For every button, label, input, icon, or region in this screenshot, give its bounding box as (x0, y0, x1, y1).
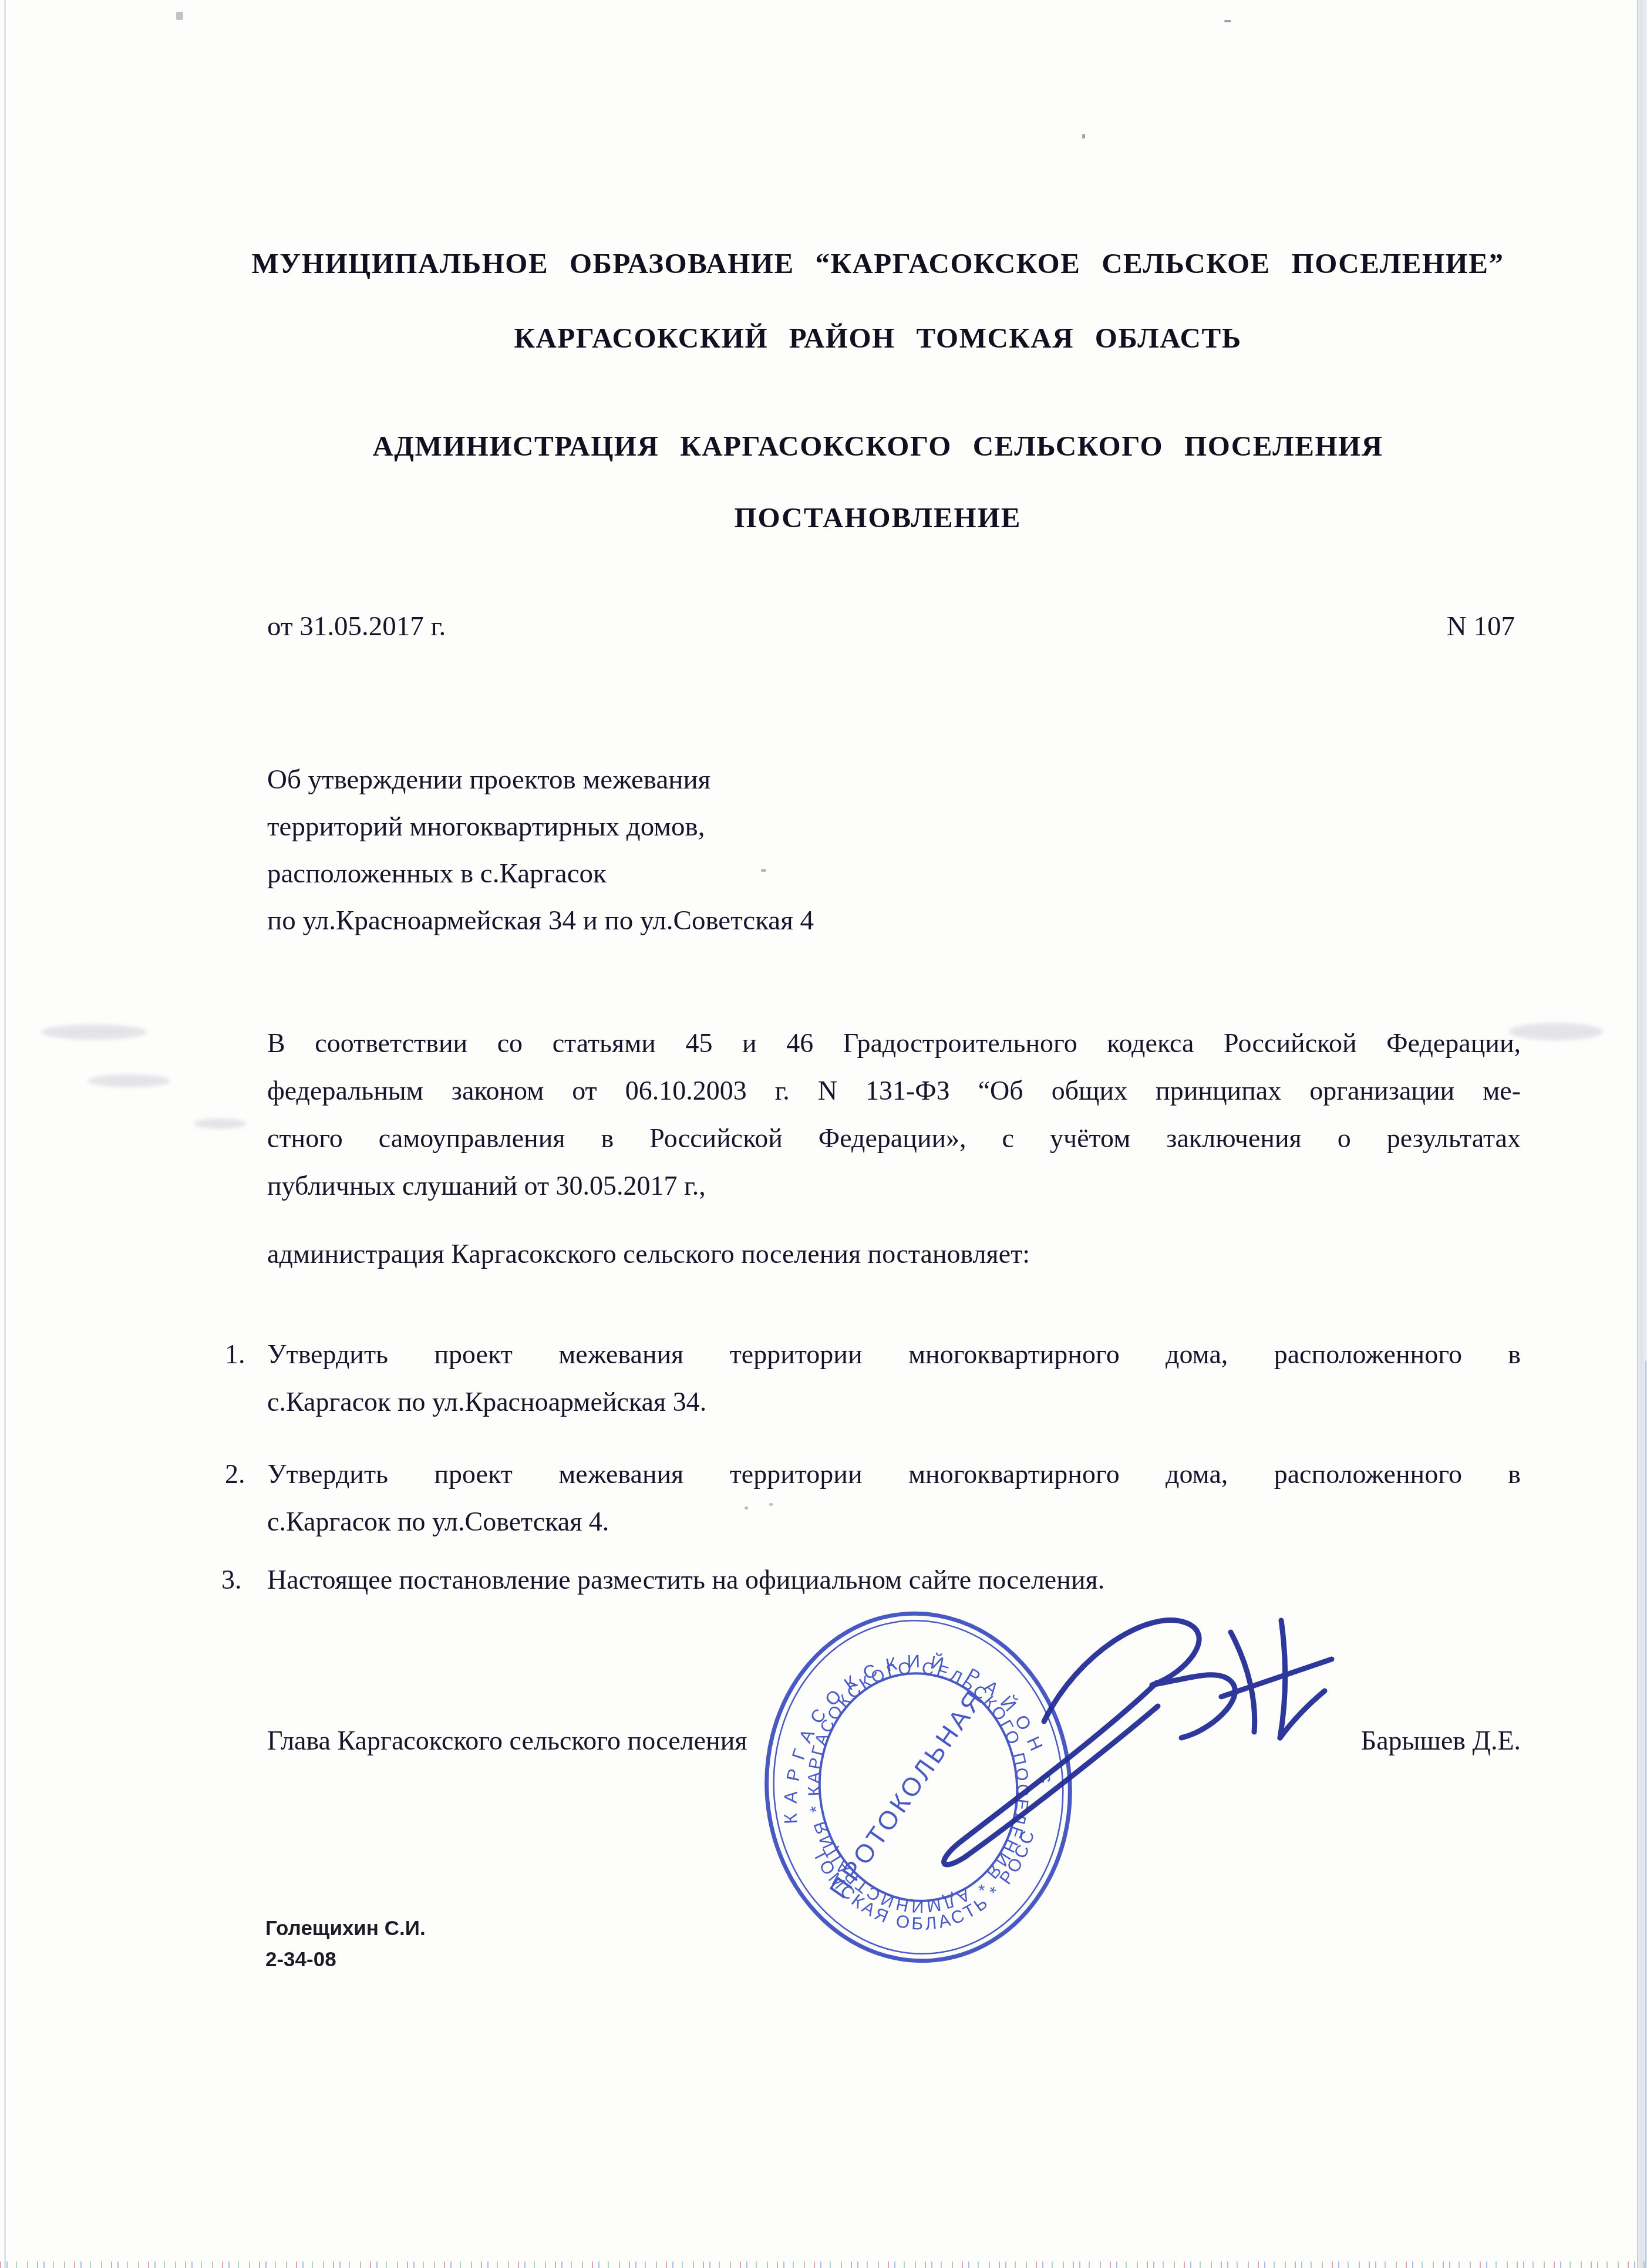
document-date: от 31.05.2017 г. (267, 611, 446, 642)
scan-speck (745, 1507, 748, 1509)
resolve-intro: администрация Каргасокского сельского по… (267, 1231, 1521, 1278)
subject-line: территорий многоквартирных домов, (267, 803, 1521, 850)
scan-smudge (194, 1118, 247, 1129)
document-type-title: ПОСТАНОВЛЕНИЕ (194, 501, 1562, 534)
signer-name: Барышев Д.Е. (1361, 1725, 1521, 1756)
document-subject: Об утверждении проектов межевания террит… (267, 756, 1521, 944)
scan-speck (761, 869, 766, 872)
document-administration-line: АДМИНИСТРАЦИЯ КАРГАСОКСКОГО СЕЛЬСКОГО ПО… (194, 429, 1562, 463)
preamble-line: публичных слушаний от 30.05.2017 г., (267, 1162, 1521, 1209)
item-number: 3. (221, 1556, 242, 1603)
item-text-line: с.Каргасок по ул.Красноармейская 34. (267, 1378, 1521, 1425)
scanned-document-page: МУНИЦИПАЛЬНОЕ ОБРАЗОВАНИЕ “КАРГАСОКСКОЕ … (0, 0, 1647, 2268)
document-number: N 107 (1447, 611, 1515, 642)
scan-smudge (88, 1074, 170, 1087)
scan-noise-band (0, 2262, 1647, 2268)
scan-edge-left (4, 0, 6, 2268)
signature-stroke (1221, 1659, 1332, 1697)
executor-contact: Голещихин С.И. 2-34-08 (265, 1913, 426, 1975)
preamble-line: федеральным законом от 06.10.2003 г. N 1… (267, 1067, 1521, 1114)
document-region-line: КАРГАСОКСКИЙ РАЙОН ТОМСКАЯ ОБЛАСТЬ (194, 321, 1562, 355)
item-number: 2. (225, 1450, 245, 1498)
document-org-title: МУНИЦИПАЛЬНОЕ ОБРАЗОВАНИЕ “КАРГАСОКСКОЕ … (194, 247, 1562, 280)
preamble-paragraph: В соответствии со статьями 45 и 46 Градо… (267, 1019, 1521, 1209)
item-number: 1. (225, 1330, 245, 1378)
executor-name: Голещихин С.И. (265, 1913, 426, 1944)
preamble-line: В соответствии со статьями 45 и 46 Градо… (267, 1019, 1521, 1067)
meta-row: от 31.05.2017 г. N 107 (267, 611, 1521, 652)
subject-line: по ул.Красноармейская 34 и по ул.Советск… (267, 897, 1521, 944)
scan-smudge (1509, 1023, 1603, 1040)
executor-phone: 2-34-08 (265, 1944, 426, 1975)
signature-row: Глава Каргасокского сельского поселения … (267, 1725, 1521, 1766)
scan-smudge (41, 1025, 147, 1040)
subject-line: Об утверждении проектов межевания (267, 756, 1521, 803)
scan-speck (1082, 134, 1085, 139)
signer-position: Глава Каргасокского сельского поселения (267, 1725, 747, 1756)
resolution-item-2: 2. Утвердить проект межевания территории… (267, 1450, 1521, 1545)
scan-edge-right (1637, 0, 1647, 2268)
scan-speck (176, 12, 183, 20)
item-text-line: Утвердить проект межевания территории мн… (267, 1450, 1521, 1498)
item-text-line: с.Каргасок по ул.Советская 4. (267, 1498, 1521, 1545)
scan-speck (1224, 20, 1231, 22)
resolution-item-1: 1. Утвердить проект межевания территории… (267, 1330, 1521, 1425)
preamble-line: стного самоуправления в Российской Федер… (267, 1114, 1521, 1162)
subject-line: расположенных в с.Каргасок (267, 850, 1521, 897)
item-text-line: Утвердить проект межевания территории мн… (267, 1330, 1521, 1378)
scan-speck (769, 1503, 773, 1506)
